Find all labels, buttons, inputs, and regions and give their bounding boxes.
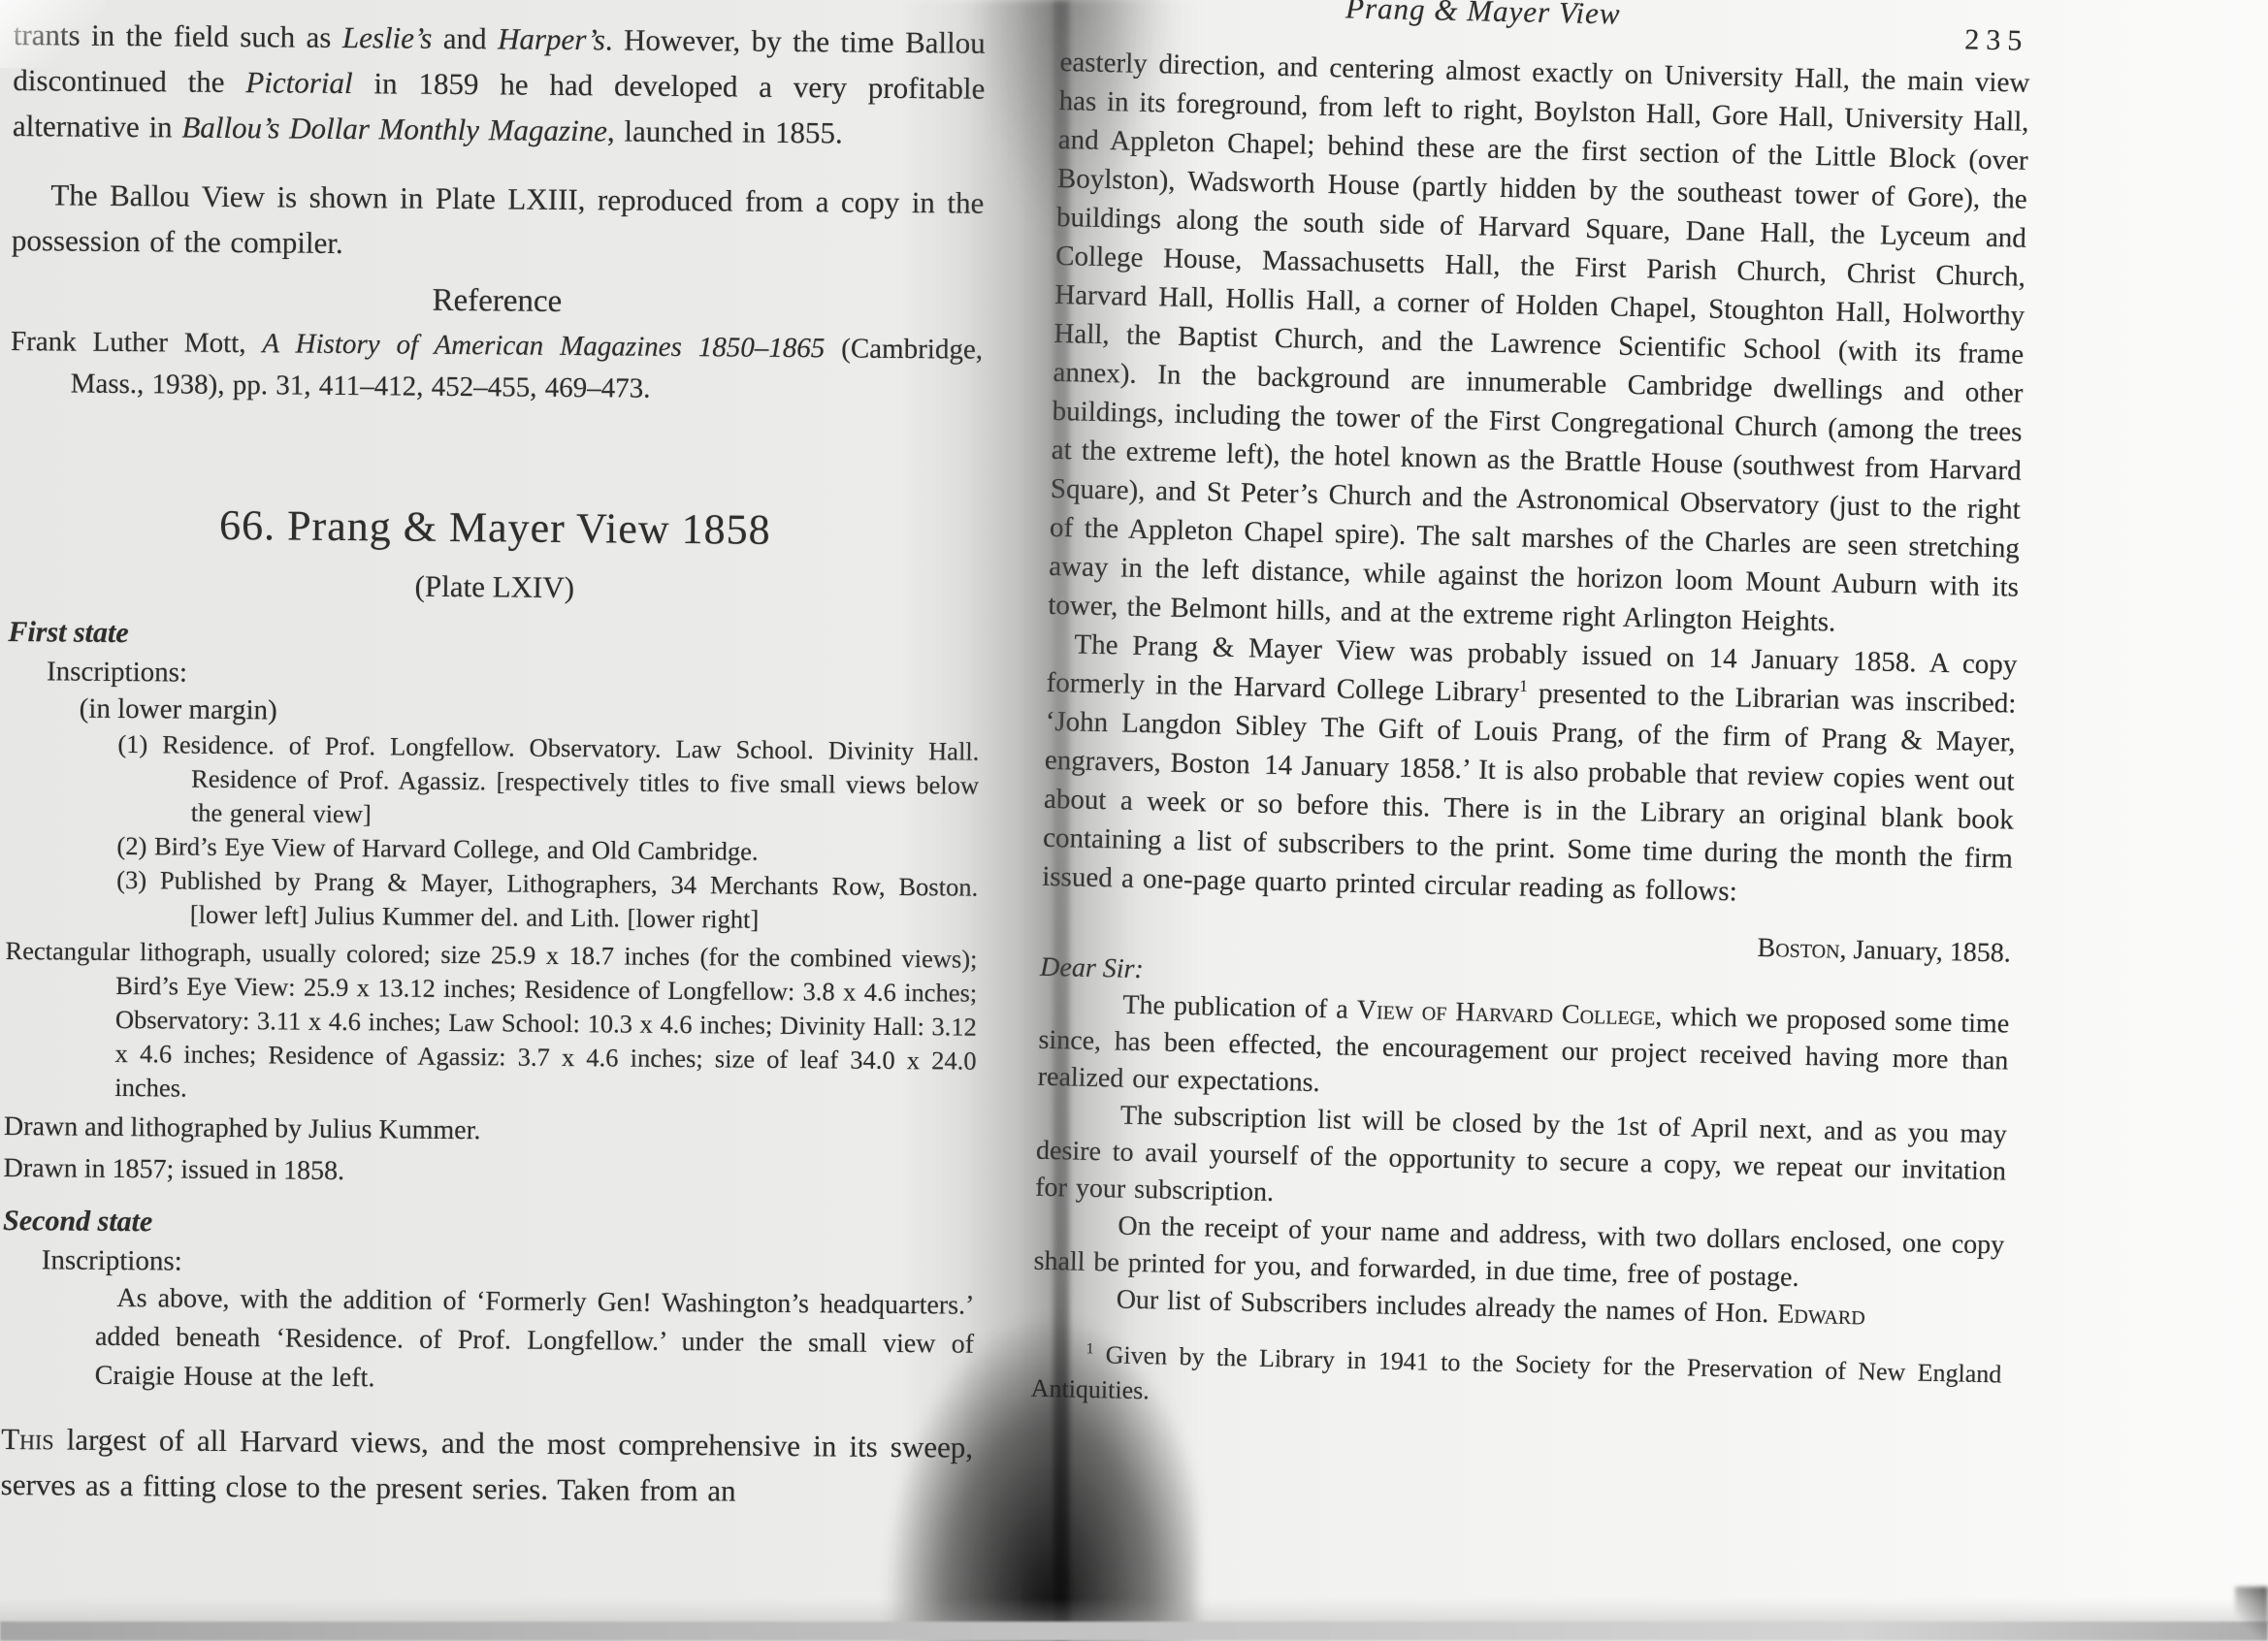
footnote: 1 Given by the Library in 1941 to the So…: [1030, 1336, 2001, 1428]
intro-paragraph: trants in the field such as Leslie’s and…: [13, 12, 986, 157]
plate-caption: (Plate LXIV): [9, 563, 981, 611]
first-state-label: First state: [8, 614, 980, 660]
drawn-date-line: Drawn in 1857; issued in 1858.: [3, 1150, 975, 1196]
corner-shadow: [2235, 1587, 2268, 1641]
running-head: Prang & Mayer View: [1061, 0, 2032, 41]
description-paragraph: easterly direction, and centering almost…: [1048, 43, 2030, 646]
left-page: trants in the field such as Leslie’s and…: [1, 12, 986, 1516]
bottom-fade: [0, 1598, 2268, 1624]
reference-heading: Reference: [11, 276, 983, 326]
lithograph-details: Rectangular lithograph, usually colored;…: [114, 935, 977, 1112]
reference-entry: Frank Luther Mott, A History of American…: [70, 322, 983, 413]
inscription-item-1: (1) Residence. of Prof. Longfellow. Obse…: [191, 728, 980, 837]
issue-paragraph: The Prang & Mayer View was probably issu…: [1042, 625, 2018, 917]
bottom-edge: [0, 1622, 2268, 1641]
section-heading: 66. Prang & Mayer View 1858: [9, 498, 981, 559]
letter-paragraph-1: The publication of a View of Harvard Col…: [1037, 985, 2009, 1117]
ballou-paragraph: The Ballou View is shown in Plate LXIII,…: [12, 172, 985, 272]
right-page: Prang & Mayer View 235 easterly directio…: [1030, 0, 2030, 1427]
inscription-item-3: (3) Published by Prang & Mayer, Lithogra…: [190, 864, 979, 939]
drawn-by-line: Drawn and lithographed by Julius Kummer.: [4, 1109, 976, 1154]
second-state-text: As above, with the addition of ‘Formerly…: [95, 1279, 975, 1403]
closing-paragraph: This largest of all Harvard views, and t…: [1, 1416, 974, 1516]
page-number: 235: [1964, 23, 2029, 57]
letter-paragraph-2: The subscription list will be closed by …: [1035, 1096, 2007, 1228]
book-scan: trants in the field such as Leslie’s and…: [0, 0, 2268, 1641]
second-state-label: Second state: [3, 1203, 975, 1248]
